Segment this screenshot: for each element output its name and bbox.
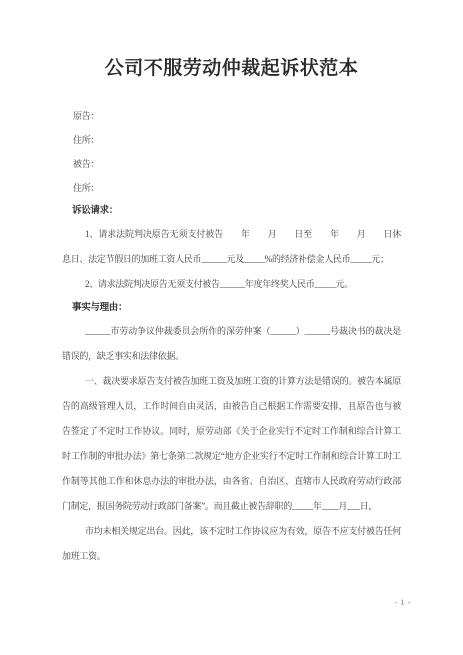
field-defendant-address: 住所：	[62, 176, 401, 200]
claims-paragraph-1: 1、请求法院判决原告无须支付被告 年 月 日至 年 月 日休息日、法定节假日的加…	[62, 222, 401, 272]
facts-paragraph-1: ______市劳动争议仲裁委员会所作的深劳仲案（______）______号裁决…	[62, 319, 401, 369]
field-defendant: 被告：	[62, 152, 401, 176]
document-body: 原告： 住所： 被告： 住所： 诉讼请求： 1、请求法院判决原告无须支付被告 年…	[62, 104, 401, 569]
section-heading-facts: 事实与理由：	[62, 297, 401, 319]
field-plaintiff-address: 住所：	[62, 128, 401, 152]
claims-paragraph-2: 2、请求法院判决原告无须支付被告______年度年终奖人民币_____元。	[62, 272, 401, 297]
facts-paragraph-3: 市均未相关规定出台。因此，该不定时工作协议应为有效，原告不应支付被告任何加班工资…	[62, 519, 401, 569]
facts-paragraph-2: 一、裁决要求原告支付被告加班工资及加班工资的计算方法是错误的。被告本属原告的高级…	[62, 369, 401, 519]
document-title: 公司不服劳动仲裁起诉状范本	[0, 56, 463, 82]
field-plaintiff: 原告：	[62, 104, 401, 128]
document-page: 公司不服劳动仲裁起诉状范本 原告： 住所： 被告： 住所： 诉讼请求： 1、请求…	[0, 0, 463, 655]
page-number: - 1 -	[394, 597, 411, 607]
section-heading-claims: 诉讼请求：	[62, 200, 401, 222]
